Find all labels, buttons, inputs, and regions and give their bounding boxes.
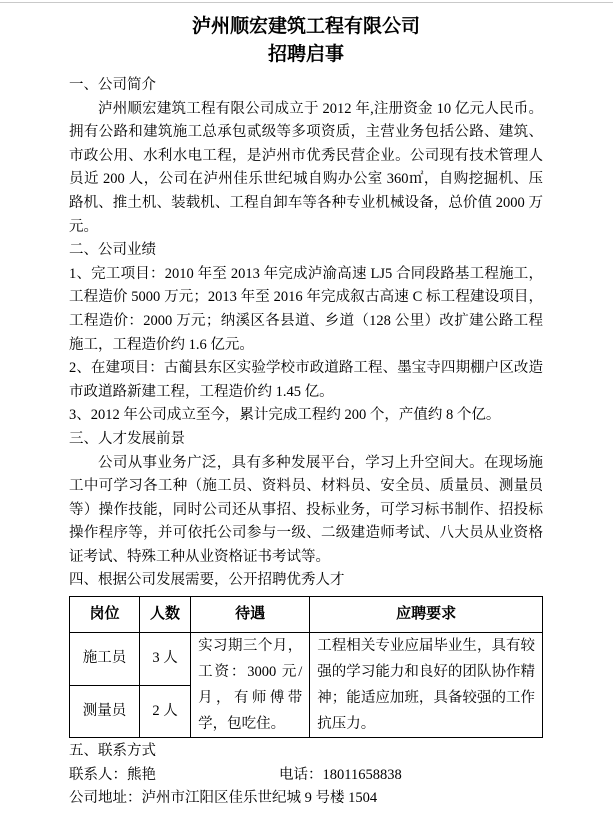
contact-line: 联系人：熊艳 电话：18011658838 xyxy=(69,764,543,788)
section4-heading: 四、根据公司发展需要，公开招聘优秀人才 xyxy=(69,569,543,593)
completed-projects-paragraph: 1、完工项目：2010 年至 2013 年完成泸渝高速 LJ5 合同段路基工程施… xyxy=(69,263,543,357)
cumulative-output-paragraph: 3、2012 年公司成立至今，累计完成工程约 200 个，产值约 8 个亿。 xyxy=(69,404,543,428)
contact-phone: 电话：18011658838 xyxy=(279,764,402,788)
table-row: 施工员 3 人 实习期三个月，工资：3000 元/月，有师傅带学，包吃住。 工程… xyxy=(70,633,543,686)
notice-title: 招聘启事 xyxy=(69,41,543,68)
ongoing-projects-paragraph: 2、在建项目：古蔺县东区实验学校市政道路工程、墨宝寺四期棚户区改造市政道路新建工… xyxy=(69,357,543,404)
count-cell: 2 人 xyxy=(140,685,191,738)
career-prospects-paragraph: 公司从事业务广泛，具有多种发展平台，学习上升空间大。在现场施工中可学习各工种（施… xyxy=(69,452,543,570)
requirements-cell: 工程相关专业应届毕业生，具有较强的学习能力和良好的团队协作精神；能适应加班，具备… xyxy=(310,633,543,738)
table-header-row: 岗位 人数 待遇 应聘要求 xyxy=(70,597,543,633)
section1-heading: 一、公司简介 xyxy=(69,74,543,98)
company-address: 公司地址：泸州市江阳区佳乐世纪城 9 号楼 1504 xyxy=(69,787,543,811)
section5-heading: 五、联系方式 xyxy=(69,740,543,764)
company-profile-paragraph: 泸州顺宏建筑工程有限公司成立于 2012 年,注册资金 10 亿元人民币。拥有公… xyxy=(69,98,543,240)
header-count: 人数 xyxy=(140,597,191,633)
header-requirements: 应聘要求 xyxy=(310,597,543,633)
contact-person: 联系人：熊艳 xyxy=(69,764,279,788)
position-cell: 测量员 xyxy=(70,685,140,738)
position-cell: 施工员 xyxy=(70,633,140,686)
count-cell: 3 人 xyxy=(140,633,191,686)
header-position: 岗位 xyxy=(70,597,140,633)
section3-heading: 三、人才发展前景 xyxy=(69,428,543,452)
section2-heading: 二、公司业绩 xyxy=(69,239,543,263)
header-treatment: 待遇 xyxy=(191,597,310,633)
document-body: 一、公司简介 泸州顺宏建筑工程有限公司成立于 2012 年,注册资金 10 亿元… xyxy=(69,74,543,811)
recruitment-table: 岗位 人数 待遇 应聘要求 施工员 3 人 实习期三个月，工资：3000 元/月… xyxy=(69,596,543,738)
document-page: 泸州顺宏建筑工程有限公司 招聘启事 一、公司简介 泸州顺宏建筑工程有限公司成立于… xyxy=(0,3,613,811)
company-title: 泸州顺宏建筑工程有限公司 xyxy=(69,13,543,41)
treatment-cell: 实习期三个月，工资：3000 元/月，有师傅带学，包吃住。 xyxy=(191,633,310,738)
